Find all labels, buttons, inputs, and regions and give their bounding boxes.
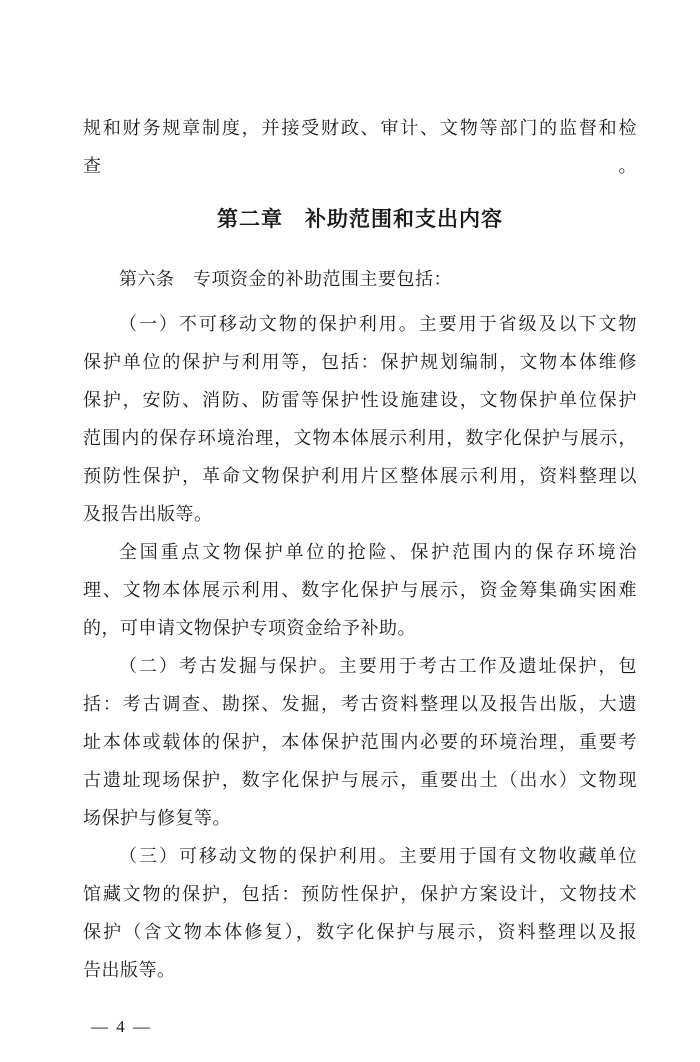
text-line: 馆藏文物的保护，包括：预防性保护，保护方案设计，文物技术 (83, 875, 637, 913)
text-line: 保护单位的保护与利用等，包括：保护规划编制，文物本体维修 (83, 343, 637, 381)
continuation-text-line: 规和财务规章制度，并接受财政、审计、文物等部门的监督和检查。 (83, 109, 637, 185)
text-line: （三）可移动文物的保护利用。主要用于国有文物收藏单位 (83, 837, 637, 875)
text-line: 理、文物本体展示利用、数字化保护与展示，资金筹集确实困难 (83, 571, 637, 609)
document-page: 规和财务规章制度，并接受财政、审计、文物等部门的监督和检查。 第二章 补助范围和… (0, 0, 700, 1062)
text-line: （一）不可移动文物的保护利用。主要用于省级及以下文物 (83, 305, 637, 343)
text-line: 告出版等。 (83, 951, 637, 989)
text-line: 场保护与修复等。 (83, 799, 637, 837)
text-line: 预防性保护，革命文物保护利用片区整体展示利用，资料整理以 (83, 457, 637, 495)
paragraph-key-sites: 全国重点文物保护单位的抢险、保护范围内的保存环境治 理、文物本体展示利用、数字化… (83, 533, 637, 647)
text-line: 括：考古调查、勘探、发掘，考古资料整理以及报告出版，大遗 (83, 685, 637, 723)
text-line: 保护（含文物本体修复），数字化保护与展示，资料整理以及报 (83, 913, 637, 951)
chapter-heading: 第二章 补助范围和支出内容 (83, 200, 637, 240)
text-line: 范围内的保存环境治理，文物本体展示利用，数字化保护与展示， (83, 419, 637, 457)
paragraph-item-1: （一）不可移动文物的保护利用。主要用于省级及以下文物 保护单位的保护与利用等，包… (83, 305, 637, 533)
text-line: （二）考古发掘与保护。主要用于考古工作及遗址保护，包 (83, 647, 637, 685)
text-line: 全国重点文物保护单位的抢险、保护范围内的保存环境治 (83, 533, 637, 571)
text-line: 的，可申请文物保护专项资金给予补助。 (83, 609, 637, 647)
text-line: 保护，安防、消防、防雷等保护性设施建设，文物保护单位保护 (83, 381, 637, 419)
page-number: — 4 — (91, 1016, 637, 1038)
article-6-title-line: 第六条 专项资金的补助范围主要包括： (83, 260, 637, 298)
paragraph-item-2: （二）考古发掘与保护。主要用于考古工作及遗址保护，包 括：考古调查、勘探、发掘，… (83, 647, 637, 837)
text-line: 古遗址现场保护，数字化保护与展示，重要出土（出水）文物现 (83, 761, 637, 799)
text-line: 址本体或载体的保护，本体保护范围内必要的环境治理，重要考 (83, 723, 637, 761)
paragraph-item-3: （三）可移动文物的保护利用。主要用于国有文物收藏单位 馆藏文物的保护，包括：预防… (83, 837, 637, 989)
text-line: 及报告出版等。 (83, 495, 637, 533)
document-body: 规和财务规章制度，并接受财政、审计、文物等部门的监督和检查。 第二章 补助范围和… (83, 0, 637, 1038)
